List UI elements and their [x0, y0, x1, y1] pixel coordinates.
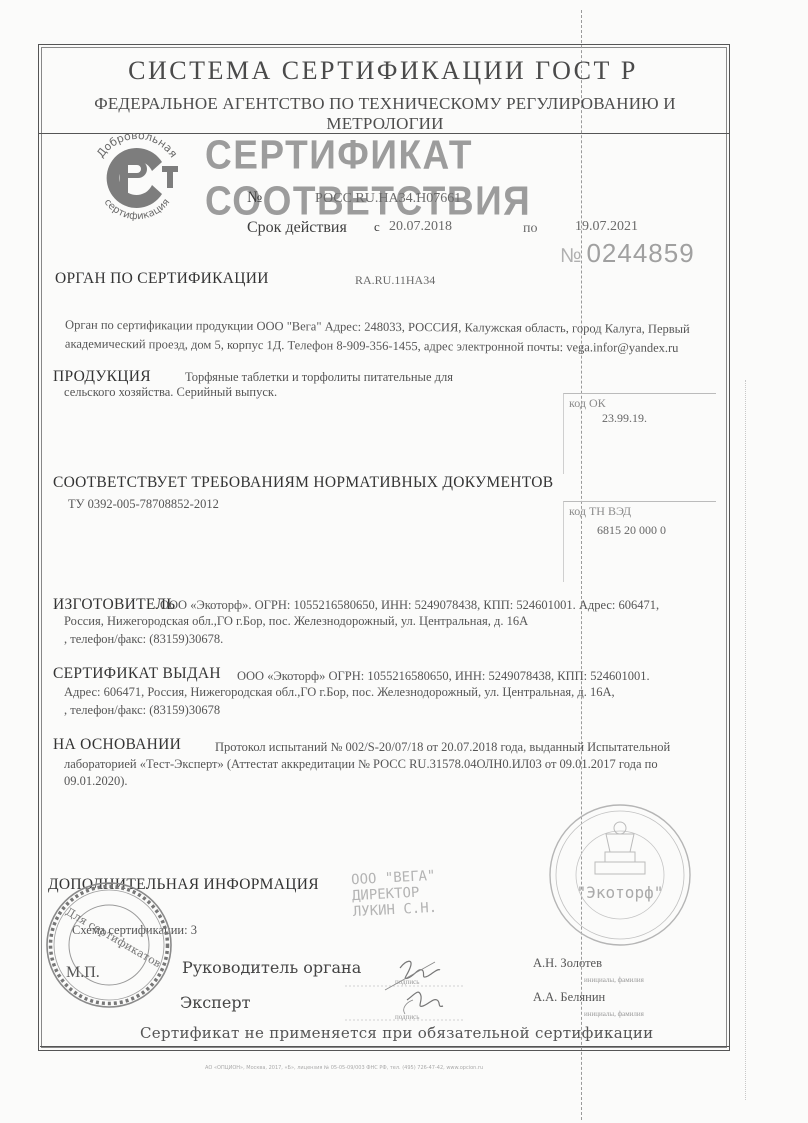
issued-to-line-2: Адрес: 606471, Россия, Нижегородская обл…: [64, 683, 615, 702]
section-organ-label: ОРГАН ПО СЕРТИФИКАЦИИ: [55, 270, 269, 288]
validity-from-label: с: [374, 219, 380, 235]
tnved-code-box: код ТН ВЭД 6815 20 000 0: [563, 501, 716, 582]
expert-label: Эксперт: [180, 993, 250, 1012]
blank-number-label: №: [560, 245, 582, 267]
validity-to-label: по: [523, 221, 538, 237]
valid-to-date: 19.07.2021: [575, 219, 638, 235]
normative-document: ТУ 0392-005-78708852-2012: [68, 495, 219, 514]
tnved-code-label: код ТН ВЭД: [569, 504, 716, 519]
tnved-code-value: 6815 20 000 0: [597, 523, 716, 538]
fold-line-secondary: [745, 380, 746, 1100]
ok-code-box: код ОК 23.99.19.: [563, 393, 716, 474]
product-line-2: сельского хозяйства. Серийный выпуск.: [64, 383, 277, 402]
director-stamp: ООО "ВЕГА" ДИРЕКТОР ЛУКИН С.Н.: [351, 868, 438, 920]
printer-imprint: АО «ОПЦИОН», Москва, 2017, «Б», лицензия…: [205, 1065, 483, 1071]
expert-name: А.А. Белянин: [533, 988, 605, 1007]
system-title: СИСТЕМА СЕРТИФИКАЦИИ ГОСТ Р: [0, 56, 766, 86]
cert-number: РОСС RU.НА34.Н07661: [315, 191, 461, 207]
head-sign-caption: подпись: [395, 978, 419, 986]
company-round-seal-icon: "Экоторф": [545, 800, 695, 950]
section-conformity-label: СООТВЕТСТВУЕТ ТРЕБОВАНИЯМ НОРМАТИВНЫХ ДО…: [53, 474, 553, 492]
certificate-title: СЕРТИФИКАТ СООТВЕТСТВИЯ: [205, 132, 808, 224]
company-seal-name: "Экоторф": [577, 883, 664, 902]
certification-body-seal: Для сертификатов: [44, 880, 174, 1010]
blank-number-value: 0244859: [586, 238, 694, 268]
basis-line-3: 09.01.2020).: [64, 772, 128, 791]
organ-code: RA.RU.11НА34: [355, 273, 435, 288]
footer-divider: [40, 1046, 730, 1047]
head-of-organ-name: А.Н. Золотев: [533, 954, 602, 973]
validity-label: Срок действия: [247, 219, 347, 237]
voluntary-note: Сертификат не применяется при обязательн…: [140, 1024, 653, 1042]
head-name-caption: инициалы, фамилия: [584, 976, 644, 984]
head-of-organ-label: Руководитель органа: [182, 958, 361, 977]
rst-logo-icon: Добровольная сертификация: [82, 122, 192, 232]
organ-details: Орган по сертификации продукции ООО "Вег…: [65, 316, 735, 359]
rst-logo: Добровольная сертификация: [82, 122, 192, 232]
round-seal-icon: Для сертификатов: [44, 880, 174, 1010]
cert-number-label: №: [247, 189, 262, 207]
section-issued-to-label: СЕРТИФИКАТ ВЫДАН: [53, 665, 221, 683]
ok-code-value: 23.99.19.: [602, 411, 716, 426]
section-basis-label: НА ОСНОВАНИИ: [53, 736, 181, 754]
valid-from-date: 20.07.2018: [389, 219, 452, 235]
issued-to-line-3: , телефон/факс: (83159)30678: [64, 701, 220, 720]
expert-sign-caption: подпись: [395, 1013, 419, 1021]
basis-line-2: лабораторией «Тест-Эксперт» (Аттестат ак…: [64, 755, 658, 774]
manufacturer-line-2: Россия, Нижегородская обл.,ГО г.Бор, пос…: [64, 612, 528, 631]
manufacturer-line-3: , телефон/факс: (83159)30678.: [64, 630, 223, 649]
company-seal: "Экоторф": [545, 800, 695, 950]
expert-name-caption: инициалы, фамилия: [584, 1010, 644, 1018]
blank-number: №0244859: [560, 238, 695, 269]
ok-code-label: код ОК: [569, 396, 716, 411]
seal-place-label: М.П.: [66, 964, 100, 982]
